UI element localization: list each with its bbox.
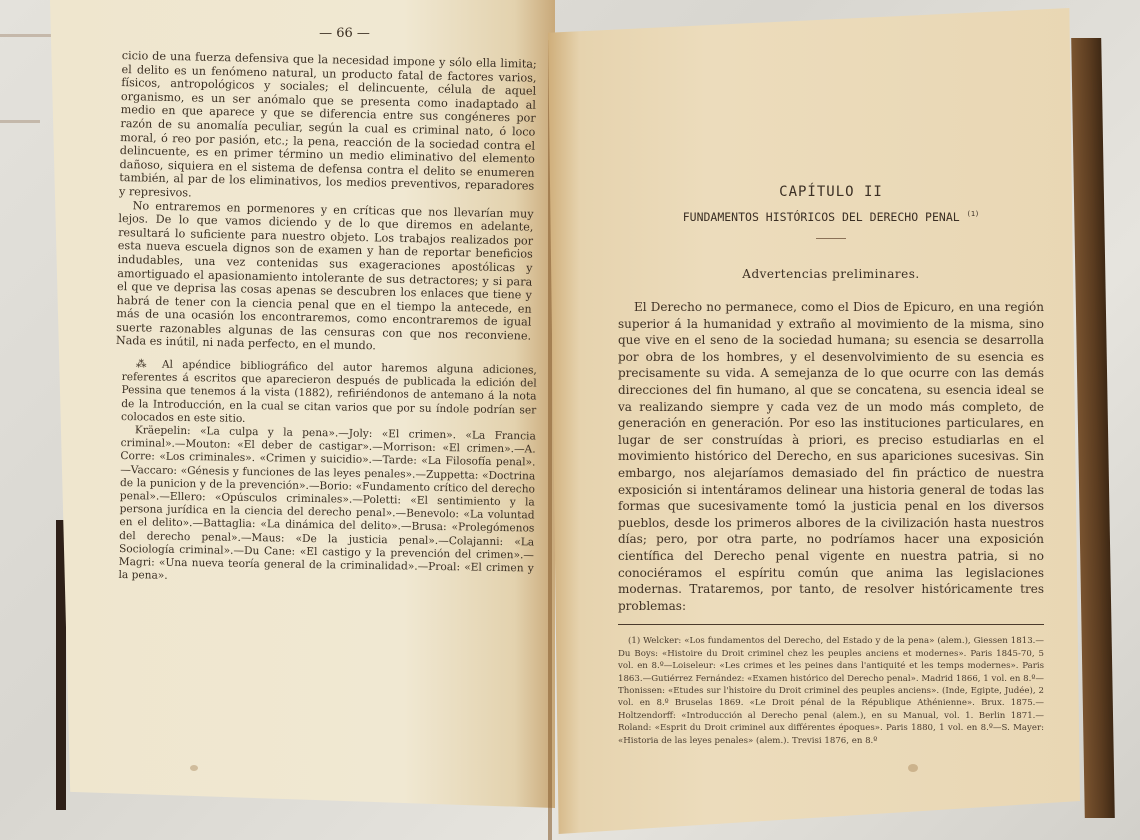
footnote-text: (1) Welcker: «Los fundamentos del Derech… [618,635,1044,747]
bibliography-section: ⁂ Al apéndice bibliográfico del autor ha… [118,358,536,589]
footnote-divider [618,624,1044,625]
left-page: — 66 — cicio de una fuerza defensiva que… [50,0,555,808]
divider [816,238,846,239]
footnote-marker: (1) [967,210,980,218]
chapter-title-text: FUNDAMENTOS HISTÓRICOS DEL DERECHO PENAL [683,210,960,224]
paper-stain [190,765,198,771]
chapter-title: FUNDAMENTOS HISTÓRICOS DEL DERECHO PENAL… [618,210,1044,224]
right-body-text: El Derecho no permanece, como el Dios de… [618,299,1044,614]
footnote: (1) Welcker: «Los fundamentos del Derech… [618,635,1044,747]
paper-stain [908,764,918,772]
right-page: CAPÍTULO II FUNDAMENTOS HISTÓRICOS DEL D… [548,8,1080,834]
chapter-heading: CAPÍTULO II [618,184,1044,200]
page-number: — 66 — [122,26,537,41]
paragraph: No entraremos en pormenores y en crítica… [116,198,534,356]
bibliography-list: Kräepelin: «La culpa y la pena».—Joly: «… [118,424,535,589]
paragraph: El Derecho no permanece, como el Dios de… [618,299,1044,614]
paragraph: cicio de una fuerza defensiva que la nec… [119,49,537,207]
left-body-text: cicio de una fuerza defensiva que la nec… [116,49,537,357]
table-wood-grain [0,120,40,123]
bibliography-note: ⁂ Al apéndice bibliográfico del autor ha… [121,358,537,431]
section-title: Advertencias preliminares. [618,267,1044,281]
